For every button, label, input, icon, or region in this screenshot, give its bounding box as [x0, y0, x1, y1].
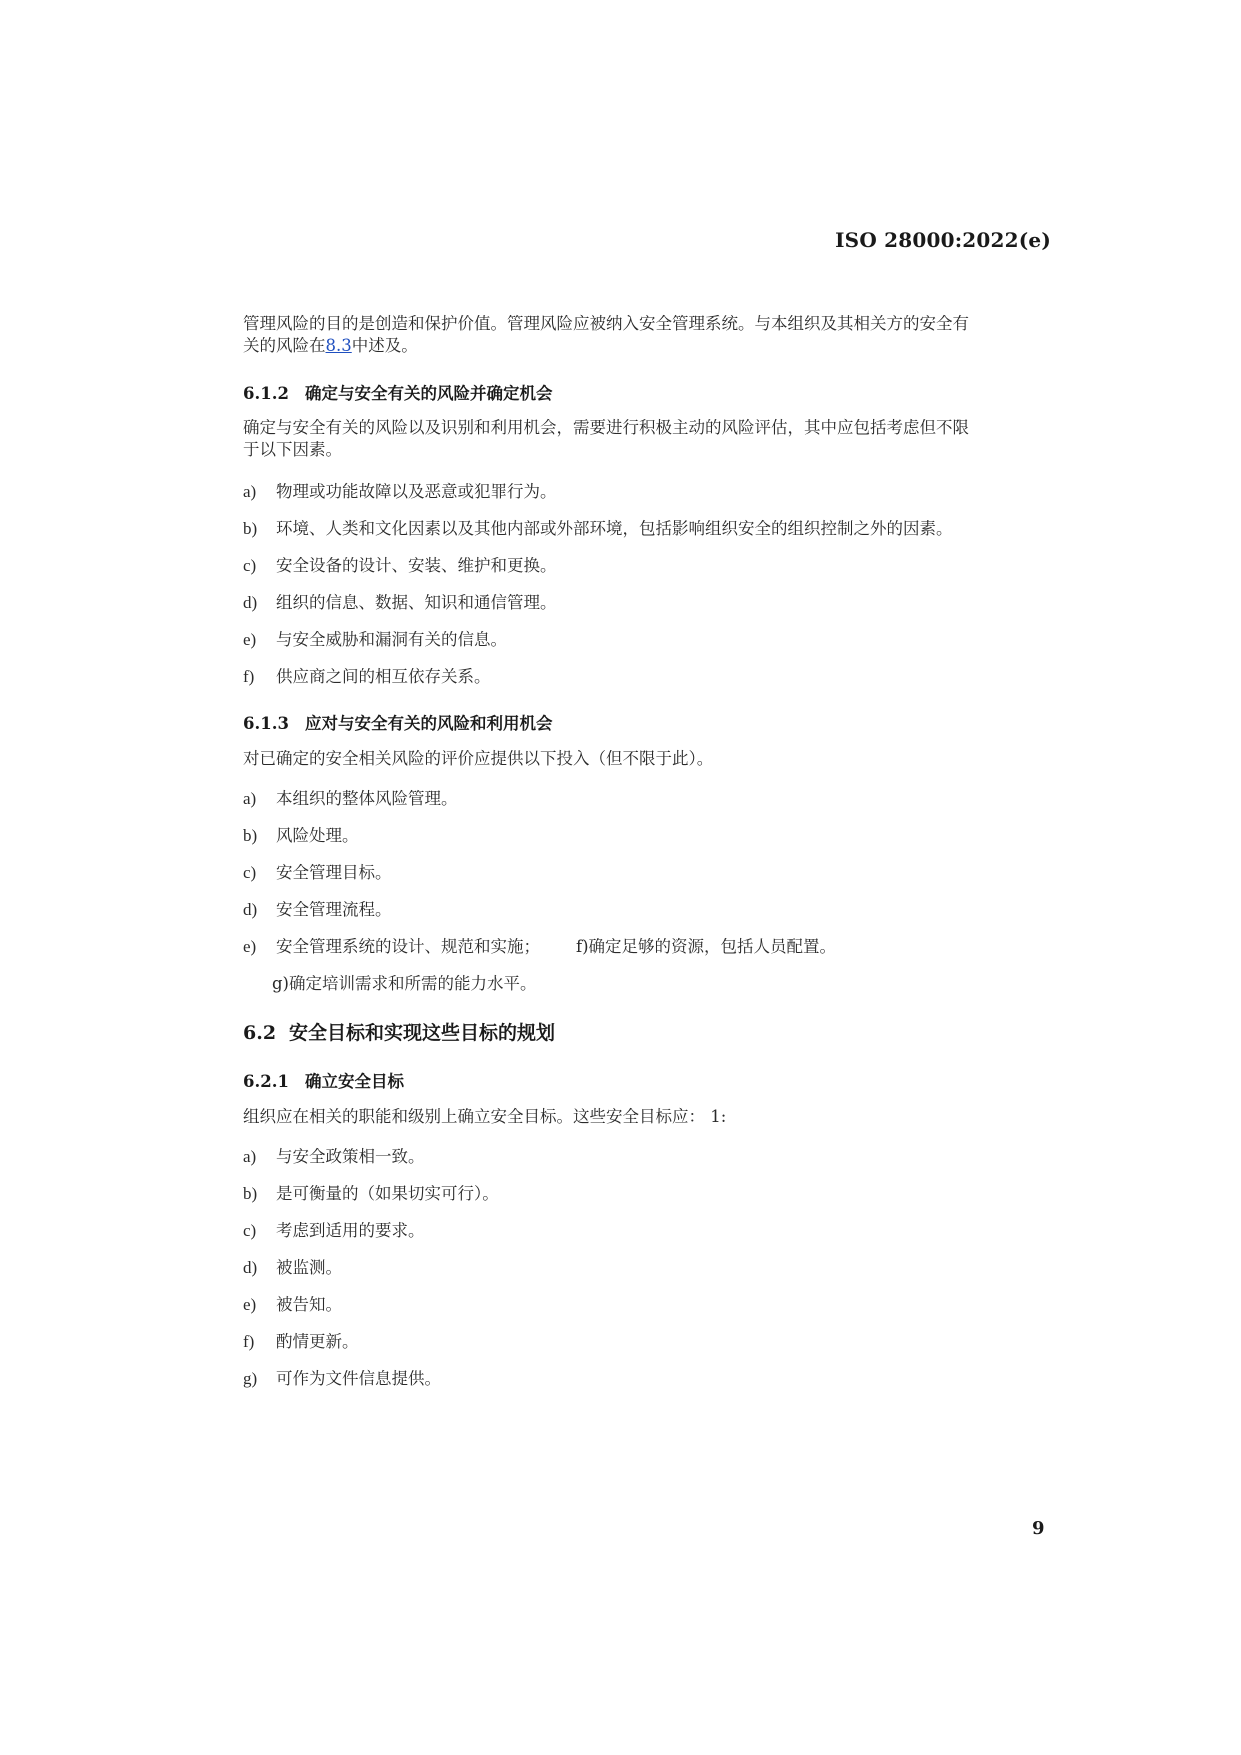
- list-item: a)物理或功能故障以及恶意或犯罪行为。: [243, 478, 557, 502]
- item-text: 物理或功能故障以及恶意或犯罪行为。: [276, 482, 557, 501]
- item-text: 被监测。: [276, 1258, 342, 1277]
- list-item: f)酌情更新。: [243, 1328, 359, 1352]
- item-text: 安全管理目标。: [276, 863, 392, 882]
- list-item: b)环境、人类和文化因素以及其他内部或外部环境，包括影响组织安全的组织控制之外的…: [243, 515, 953, 539]
- list-item: c)安全管理目标。: [243, 859, 392, 883]
- list-item: c)考虑到适用的要求。: [243, 1217, 425, 1241]
- item-label: c): [243, 556, 276, 576]
- item-text: 组织的信息、数据、知识和通信管理。: [276, 593, 557, 612]
- item-label: a): [243, 482, 276, 502]
- section-title: 安全目标和实现这些目标的规划: [289, 1022, 555, 1044]
- page-number: 9: [1032, 1518, 1045, 1539]
- item-label: d): [243, 1258, 276, 1278]
- section-number: 6.1.3: [243, 714, 305, 733]
- item-text: 本组织的整体风险管理。: [276, 789, 458, 808]
- item-label: b): [243, 1184, 276, 1204]
- item-label: e): [243, 1295, 276, 1315]
- list-item: a)与安全政策相一致。: [243, 1143, 425, 1167]
- section-6-1-2-body: 确定与安全有关的风险以及识别和利用机会，需要进行积极主动的风险评估，其中应包括考…: [243, 417, 1063, 461]
- item-text: 可作为文件信息提供。: [276, 1369, 441, 1388]
- section-6-1-3-body: 对已确定的安全相关风险的评价应提供以下投入（但不限于此）。: [243, 748, 1063, 770]
- item-label: d): [243, 900, 276, 920]
- item-label: b): [243, 826, 276, 846]
- section-heading-6-2-1: 6.2.1确立安全目标: [243, 1068, 404, 1092]
- item-text: 安全设备的设计、安装、维护和更换。: [276, 556, 557, 575]
- item-text: 安全管理系统的设计、规范和实施；: [276, 937, 540, 956]
- list-item: f)供应商之间的相互依存关系。: [243, 663, 491, 687]
- item-label: c): [243, 863, 276, 883]
- section-title: 确定与安全有关的风险并确定机会: [305, 384, 553, 403]
- item-label: d): [243, 593, 276, 613]
- list-item: e)被告知。: [243, 1291, 342, 1315]
- item-label: g): [243, 1369, 276, 1389]
- item-text: 考虑到适用的要求。: [276, 1221, 425, 1240]
- item-label: a): [243, 789, 276, 809]
- list-item: d)安全管理流程。: [243, 896, 392, 920]
- section-heading-6-1-2: 6.1.2确定与安全有关的风险并确定机会: [243, 380, 553, 404]
- intro-text: 中述及。: [352, 336, 418, 355]
- section-6-2-1-body: 组织应在相关的职能和级别上确立安全目标。这些安全目标应： 1:: [243, 1106, 1063, 1128]
- section-title: 应对与安全有关的风险和利用机会: [305, 714, 553, 733]
- item-text: 与安全政策相一致。: [276, 1147, 425, 1166]
- section-heading-6-1-3: 6.1.3应对与安全有关的风险和利用机会: [243, 710, 553, 734]
- list-item: b)风险处理。: [243, 822, 359, 846]
- item-text-inline-f: f)确定足够的资源，包括人员配置。: [576, 937, 836, 956]
- item-text: 被告知。: [276, 1295, 342, 1314]
- item-label: f): [243, 667, 276, 687]
- item-text: 安全管理流程。: [276, 900, 392, 919]
- list-item: a)本组织的整体风险管理。: [243, 785, 458, 809]
- intro-text: 关的风险在: [243, 336, 326, 355]
- list-item-g: g)确定培训需求和所需的能力水平。: [272, 970, 537, 994]
- intro-line-1: 管理风险的目的是创造和保护价值。管理风险应被纳入安全管理系统。与本组织及其相关方…: [243, 313, 1063, 335]
- list-item: e)安全管理系统的设计、规范和实施；f)确定足够的资源，包括人员配置。: [243, 933, 836, 957]
- intro-line-2: 关的风险在8.3中述及。: [243, 335, 1063, 357]
- body-line: 确定与安全有关的风险以及识别和利用机会，需要进行积极主动的风险评估，其中应包括考…: [243, 417, 1063, 439]
- intro-paragraph: 管理风险的目的是创造和保护价值。管理风险应被纳入安全管理系统。与本组织及其相关方…: [243, 313, 1063, 357]
- item-text: 环境、人类和文化因素以及其他内部或外部环境，包括影响组织安全的组织控制之外的因素…: [276, 519, 953, 538]
- list-item: g)可作为文件信息提供。: [243, 1365, 441, 1389]
- clause-link-8-3[interactable]: 8.3: [326, 336, 352, 355]
- standard-identifier: ISO 28000:2022(e): [835, 228, 1051, 252]
- item-label: c): [243, 1221, 276, 1241]
- section-number: 6.2: [243, 1022, 289, 1044]
- body-line: 于以下因素。: [243, 439, 1063, 461]
- list-item: d)组织的信息、数据、知识和通信管理。: [243, 589, 557, 613]
- section-number: 6.2.1: [243, 1072, 305, 1091]
- item-text: 与安全威胁和漏洞有关的信息。: [276, 630, 507, 649]
- list-item: d)被监测。: [243, 1254, 342, 1278]
- list-item: e)与安全威胁和漏洞有关的信息。: [243, 626, 507, 650]
- item-label: f): [243, 1332, 276, 1352]
- item-text: 风险处理。: [276, 826, 359, 845]
- list-item: c)安全设备的设计、安装、维护和更换。: [243, 552, 557, 576]
- item-label: b): [243, 519, 276, 539]
- item-label: e): [243, 630, 276, 650]
- section-number: 6.1.2: [243, 384, 305, 403]
- item-label: e): [243, 937, 276, 957]
- list-item: b)是可衡量的（如果切实可行）。: [243, 1180, 499, 1204]
- item-text: 供应商之间的相互依存关系。: [276, 667, 491, 686]
- item-label: a): [243, 1147, 276, 1167]
- item-text: 是可衡量的（如果切实可行）。: [276, 1184, 499, 1203]
- section-heading-6-2: 6.2安全目标和实现这些目标的规划: [243, 1018, 555, 1045]
- section-title: 确立安全目标: [305, 1072, 404, 1091]
- item-text: 酌情更新。: [276, 1332, 359, 1351]
